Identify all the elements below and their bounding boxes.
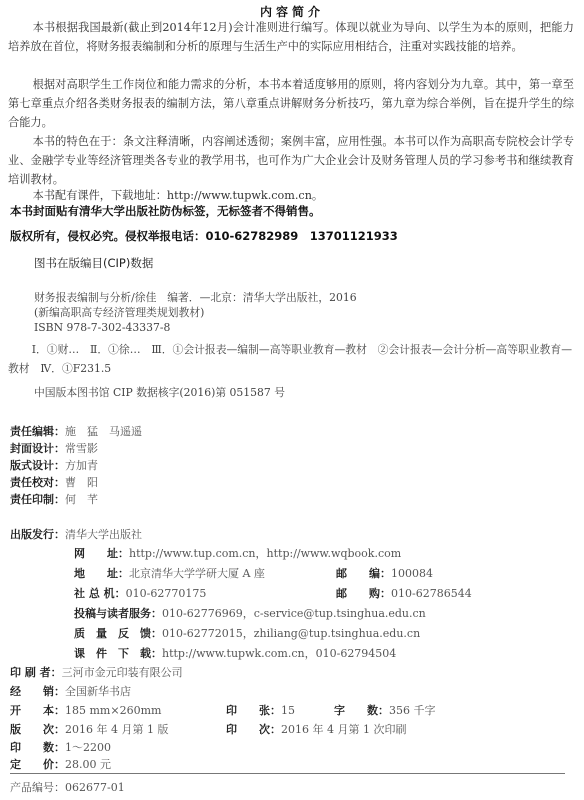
format-value: 185 mm×260mm (65, 704, 161, 717)
staff-value: 常雪影 (65, 442, 98, 455)
courseware-value[interactable]: http://www.tupwk.com.cn，010-62794504 (162, 647, 396, 660)
courseware-label: 课 件 下 载： (74, 647, 162, 660)
staff-value: 施 猛 马遥遥 (65, 425, 142, 438)
printer-label: 印 刷 者： (10, 666, 62, 679)
distributor-label: 经 销： (10, 685, 65, 698)
staff-label: 责任校对： (10, 476, 65, 489)
postcode-value: 100084 (391, 567, 433, 580)
switchboard-row: 社 总 机：010-62770175 (74, 586, 206, 602)
quality-feedback-value[interactable]: 010-62772015，zhiliang@tup.tsinghua.edu.c… (162, 627, 420, 640)
mail-order-label: 邮 购： (336, 587, 391, 600)
copies-value: 1～2200 (65, 741, 111, 754)
cip-title-line: 财务报表编制与分析/徐佳 编著．—北京：清华大学出版社，2016 (34, 290, 357, 305)
staff-label: 封面设计： (10, 442, 65, 455)
cip-series-line: (新编高职高专经济管理类规划教材) (34, 305, 204, 320)
staff-label: 责任编辑： (10, 425, 65, 438)
staff-row-proofreader: 责任校对：曹 阳 (10, 475, 98, 491)
staff-row-layout: 版式设计：方加青 (10, 458, 98, 474)
staff-value: 何 芊 (65, 493, 98, 506)
format-label: 开 本： (10, 704, 65, 717)
product-code-value: 062677-01 (65, 781, 125, 794)
reader-service-row: 投稿与读者服务：010-62776969，c-service@tup.tsing… (74, 606, 426, 622)
product-code-row: 产品编号：062677-01 (10, 780, 125, 796)
intro-paragraph-2: 根据对高职学生工作岗位和能力需求的分析，本书本着适度够用的原则，将内容划分为九章… (8, 75, 574, 132)
cip-isbn-line: ISBN 978-7-302-43337-8 (34, 320, 170, 335)
words-row: 字 数：356 千字 (334, 703, 436, 719)
impression-value: 2016 年 4 月第 1 次印刷 (281, 723, 406, 736)
printer-row: 印 刷 者：三河市金元印装有限公司 (10, 665, 183, 681)
staff-label: 责任印制： (10, 493, 65, 506)
address-value: 北京清华大学学研大厦 A 座 (129, 567, 265, 580)
publisher-label: 出版发行： (10, 528, 65, 541)
intro-paragraph-3: 本书的特色在于：条文注释清晰，内容阐述透彻；案例丰富，应用性强。本书可以作为高职… (8, 132, 574, 189)
staff-row-cover: 封面设计：常雪影 (10, 441, 98, 457)
address-label: 地 址： (74, 567, 129, 580)
mail-order-value: 010-62786544 (391, 587, 472, 600)
sheets-value: 15 (281, 704, 295, 717)
staff-value: 方加青 (65, 459, 98, 472)
price-row: 定 价：28.00 元 (10, 757, 111, 773)
format-row: 开 本：185 mm×260mm (10, 703, 161, 719)
intro-paragraph-1: 本书根据我国最新(截止到2014年12月)会计准则进行编写。体现以就业为导向、以… (8, 18, 574, 56)
cip-heading: 图书在版编目(CIP)数据 (34, 255, 153, 271)
reader-service-label: 投稿与读者服务： (74, 607, 162, 620)
distributor-row: 经 销：全国新华书店 (10, 684, 131, 700)
staff-value: 曹 阳 (65, 476, 98, 489)
reader-service-value[interactable]: 010-62776969，c-service@tup.tsinghua.edu.… (162, 607, 426, 620)
courseware-row: 课 件 下 载：http://www.tupwk.com.cn，010-6279… (74, 646, 396, 662)
edition-value: 2016 年 4 月第 1 版 (65, 723, 168, 736)
staff-label: 版式设计： (10, 459, 65, 472)
price-label: 定 价： (10, 758, 65, 771)
edition-label: 版 次： (10, 723, 65, 736)
sheets-row: 印 张：15 (226, 703, 295, 719)
switchboard-label: 社 总 机： (74, 587, 126, 600)
words-label: 字 数： (334, 704, 389, 717)
cip-record: 中国版本图书馆 CIP 数据核字(2016)第 051587 号 (34, 385, 285, 400)
publisher-row: 出版发行：清华大学出版社 (10, 527, 142, 543)
website-row: 网 址：http://www.tup.com.cn，http://www.wqb… (74, 546, 401, 562)
price-value: 28.00 元 (65, 758, 111, 771)
quality-feedback-label: 质 量 反 馈： (74, 627, 162, 640)
mail-order-row: 邮 购：010-62786544 (336, 586, 472, 602)
edition-row: 版 次：2016 年 4 月第 1 版 (10, 722, 168, 738)
address-row: 地 址：北京清华大学学研大厦 A 座 (74, 566, 265, 582)
postcode-row: 邮 编：100084 (336, 566, 433, 582)
copies-row: 印 数：1～2200 (10, 740, 111, 756)
cip-classification: Ⅰ．①财… Ⅱ．①徐… Ⅲ．①会计报表—编制—高等职业教育—教材 ②会计报表—会… (8, 340, 574, 378)
printer-value: 三河市金元印装有限公司 (62, 666, 183, 679)
divider-line (10, 773, 565, 774)
postcode-label: 邮 编： (336, 567, 391, 580)
website-label: 网 址： (74, 547, 129, 560)
website-value[interactable]: http://www.tup.com.cn，http://www.wqbook.… (129, 547, 401, 560)
product-code-label: 产品编号： (10, 781, 65, 794)
switchboard-value: 010-62770175 (126, 587, 207, 600)
quality-feedback-row: 质 量 反 馈：010-62772015，zhiliang@tup.tsingh… (74, 626, 420, 642)
sheets-label: 印 张： (226, 704, 281, 717)
copyright-notice: 版权所有，侵权必究。侵权举报电话：010-62782989 1370112193… (10, 228, 398, 244)
distributor-value: 全国新华书店 (65, 685, 131, 698)
anti-counterfeit-notice: 本书封面贴有清华大学出版社防伪标签，无标签者不得销售。 (10, 203, 321, 219)
impression-row: 印 次：2016 年 4 月第 1 次印刷 (226, 722, 406, 738)
impression-label: 印 次： (226, 723, 281, 736)
words-value: 356 千字 (389, 704, 436, 717)
staff-row-print-manager: 责任印制：何 芊 (10, 492, 98, 508)
publisher-name: 清华大学出版社 (65, 528, 142, 541)
copies-label: 印 数： (10, 741, 65, 754)
staff-row-editor: 责任编辑：施 猛 马遥遥 (10, 424, 142, 440)
